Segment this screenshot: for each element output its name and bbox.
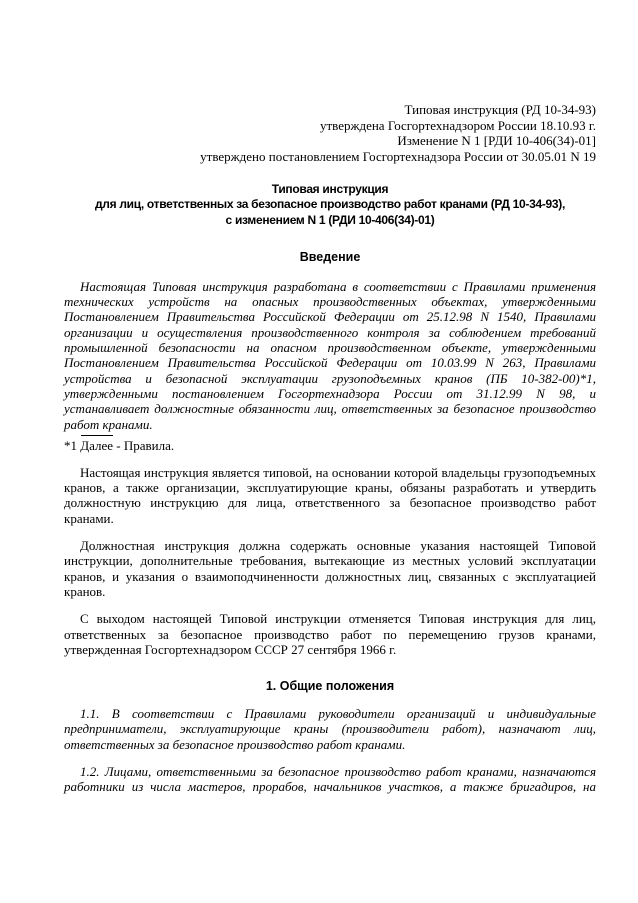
footnote-block: *1 Далее - Правила. — [64, 435, 596, 453]
introduction-paragraph-1: Настоящая Типовая инструкция разработана… — [64, 279, 596, 432]
document-title-line: с изменением N 1 (РДИ 10-406(34)-01) — [30, 213, 630, 228]
reference-line: Изменение N 1 [РДИ 10-406(34)-01] — [64, 133, 596, 149]
section-1-heading: 1. Общие положения — [64, 679, 596, 694]
introduction-heading: Введение — [64, 250, 596, 265]
document-page: Типовая инструкция (РД 10-34-93) утвержд… — [0, 0, 638, 903]
document-title-line: для лиц, ответственных за безопасное про… — [30, 197, 630, 212]
introduction-paragraph-2: Настоящая инструкция является типовой, н… — [64, 465, 596, 526]
footnote: *1 Далее - Правила. — [64, 438, 596, 453]
document-title: Типовая инструкция для лиц, ответственны… — [30, 182, 630, 228]
reference-block: Типовая инструкция (РД 10-34-93) утвержд… — [64, 102, 596, 164]
reference-line: утверждена Госгортехнадзором России 18.1… — [64, 118, 596, 134]
footnote-separator — [81, 435, 113, 436]
paragraph-1-2: 1.2. Лицами, ответственными за безопасно… — [64, 764, 596, 795]
document-title-line: Типовая инструкция — [30, 182, 630, 197]
reference-line: Типовая инструкция (РД 10-34-93) — [64, 102, 596, 118]
introduction-paragraph-3: Должностная инструкция должна содержать … — [64, 538, 596, 599]
reference-line: утверждено постановлением Госгортехнадзо… — [64, 149, 596, 165]
introduction-paragraph-4: С выходом настоящей Типовой инструкции о… — [64, 611, 596, 657]
footnote-text: *1 Далее - Правила. — [64, 438, 174, 453]
paragraph-1-1: 1.1. В соответствии с Правилами руководи… — [64, 706, 596, 752]
